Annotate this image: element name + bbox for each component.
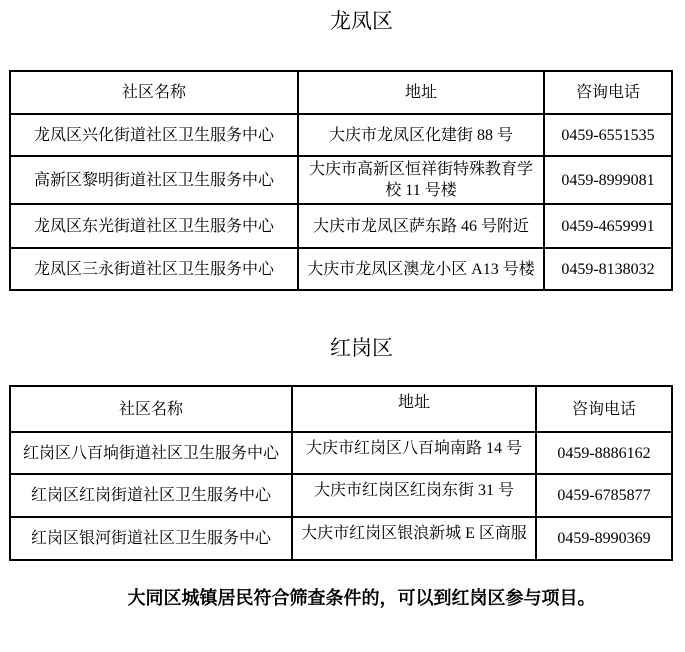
table-row: 龙凤区兴化街道社区卫生服务中心 大庆市龙凤区化建街 88 号 0459-6551…: [10, 114, 672, 156]
address-cell: 大庆市红岗区红岗东街 31 号: [292, 474, 536, 517]
table-row: 龙凤区东光街道社区卫生服务中心 大庆市龙凤区萨东路 46 号附近 0459-46…: [10, 204, 672, 248]
column-header-phone: 咨询电话: [536, 386, 672, 432]
community-name-cell: 龙凤区三永街道社区卫生服务中心: [10, 248, 298, 290]
table-row: 高新区黎明街道社区卫生服务中心 大庆市高新区恒祥街特殊教育学校 11 号楼 04…: [10, 156, 672, 204]
phone-cell: 0459-6551535: [544, 114, 672, 156]
phone-cell: 0459-8990369: [536, 517, 672, 560]
community-name-cell: 龙凤区东光街道社区卫生服务中心: [10, 204, 298, 248]
community-name-cell: 高新区黎明街道社区卫生服务中心: [10, 156, 298, 204]
table-row: 龙凤区三永街道社区卫生服务中心 大庆市龙凤区澳龙小区 A13 号楼 0459-8…: [10, 248, 672, 290]
section-title-honggang: 红岗区: [0, 335, 685, 361]
table-row: 红岗区银河街道社区卫生服务中心 大庆市红岗区银浪新城 E 区商服 0459-89…: [10, 517, 672, 560]
phone-cell: 0459-6785877: [536, 474, 672, 517]
phone-cell: 0459-4659991: [544, 204, 672, 248]
footer-note: 大同区城镇居民符合筛查条件的，可以到红岗区参与项目。: [0, 587, 685, 609]
community-name-cell: 红岗区八百垧街道社区卫生服务中心: [10, 432, 292, 474]
phone-cell: 0459-8886162: [536, 432, 672, 474]
document-page: 龙凤区 社区名称 地址 咨询电话 龙凤区兴化街道社区卫生服务中心 大庆市龙凤区化…: [0, 0, 685, 652]
longfeng-centers-table: 社区名称 地址 咨询电话 龙凤区兴化街道社区卫生服务中心 大庆市龙凤区化建街 8…: [9, 70, 673, 291]
address-cell: 大庆市龙凤区化建街 88 号: [298, 114, 544, 156]
table-header-row: 社区名称 地址 咨询电话: [10, 386, 672, 432]
address-cell: 大庆市龙凤区萨东路 46 号附近: [298, 204, 544, 248]
section-title-longfeng: 龙凤区: [0, 8, 685, 34]
community-name-cell: 红岗区红岗街道社区卫生服务中心: [10, 474, 292, 517]
table-header-row: 社区名称 地址 咨询电话: [10, 71, 672, 114]
honggang-centers-table: 社区名称 地址 咨询电话 红岗区八百垧街道社区卫生服务中心 大庆市红岗区八百垧南…: [9, 385, 673, 561]
column-header-community-name: 社区名称: [10, 386, 292, 432]
column-header-address: 地址: [298, 71, 544, 114]
table-row: 红岗区八百垧街道社区卫生服务中心 大庆市红岗区八百垧南路 14 号 0459-8…: [10, 432, 672, 474]
phone-cell: 0459-8999081: [544, 156, 672, 204]
column-header-community-name: 社区名称: [10, 71, 298, 114]
phone-cell: 0459-8138032: [544, 248, 672, 290]
address-cell: 大庆市龙凤区澳龙小区 A13 号楼: [298, 248, 544, 290]
column-header-address: 地址: [292, 386, 536, 432]
community-name-cell: 红岗区银河街道社区卫生服务中心: [10, 517, 292, 560]
table-row: 红岗区红岗街道社区卫生服务中心 大庆市红岗区红岗东街 31 号 0459-678…: [10, 474, 672, 517]
column-header-phone: 咨询电话: [544, 71, 672, 114]
address-cell: 大庆市红岗区八百垧南路 14 号: [292, 432, 536, 474]
address-cell: 大庆市高新区恒祥街特殊教育学校 11 号楼: [298, 156, 544, 204]
community-name-cell: 龙凤区兴化街道社区卫生服务中心: [10, 114, 298, 156]
address-cell: 大庆市红岗区银浪新城 E 区商服: [292, 517, 536, 560]
